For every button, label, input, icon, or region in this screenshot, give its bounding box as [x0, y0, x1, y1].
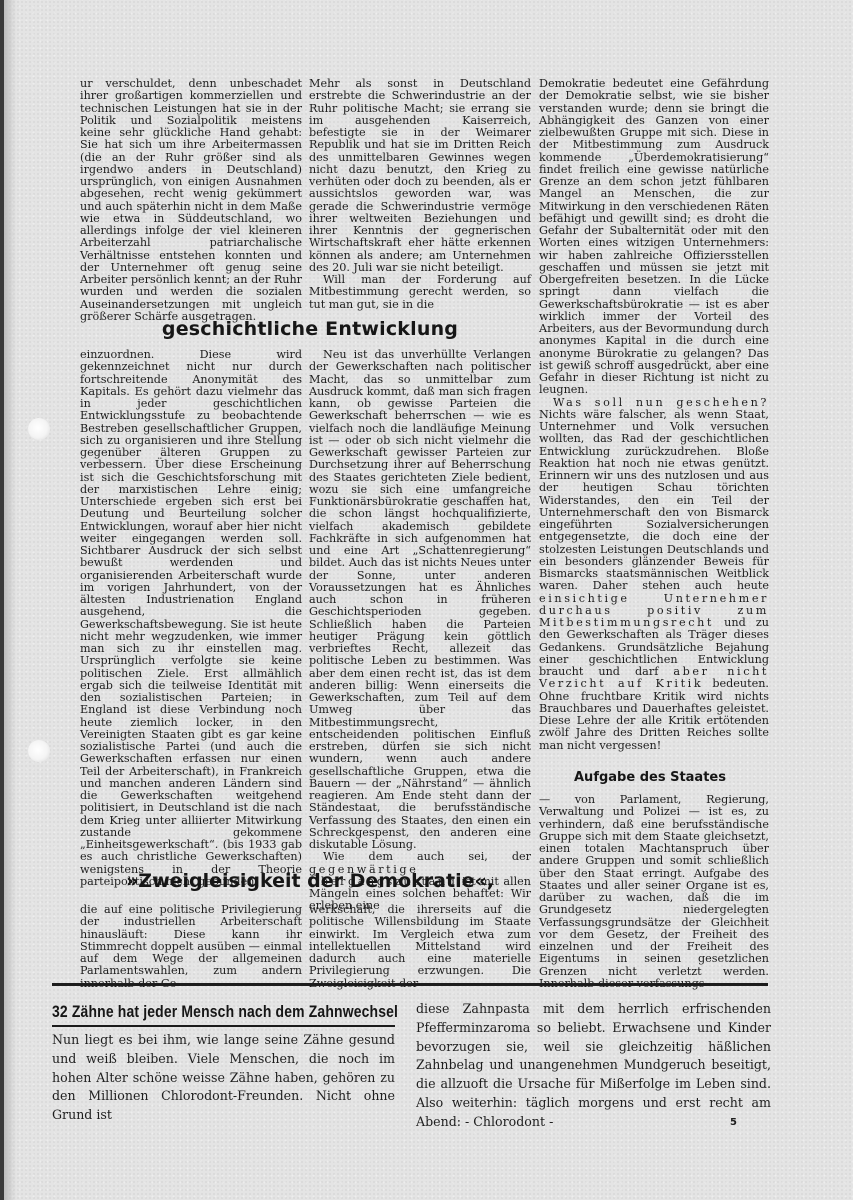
scan-left-shadow — [4, 0, 16, 1200]
section-heading-aufgabe-des-staates: Aufgabe des Staates — [530, 770, 770, 785]
page-number: 5 — [730, 1117, 737, 1128]
emphasized-text: Was soll nun geschehen? — [553, 396, 769, 409]
paragraph: — von Parlament, Regierung, Verwaltung u… — [539, 794, 769, 990]
paragraph: ur verschuldet, denn unbeschadet ihrer g… — [80, 78, 302, 323]
article-bottom-column-1: die auf eine politische Privilegierung d… — [80, 904, 302, 990]
scanned-page: ur verschuldet, denn unbeschadet ihrer g… — [0, 0, 853, 1200]
article-right-column: Demokratie bedeutet eine Gefährdung der … — [539, 78, 769, 752]
paragraph: Demokratie bedeutet eine Gefährdung der … — [539, 78, 769, 397]
advertisement-column-1: Nun liegt es bei ihm, wie lange seine Zä… — [52, 1031, 395, 1125]
separator-rule — [52, 983, 768, 986]
paragraph: werkschaft, die ihrerseits auf die polit… — [309, 904, 531, 990]
advertisement-column-2: diese Zahnpasta mit dem herrlich erfrisc… — [416, 1000, 771, 1132]
article-bottom-column-2: werkschaft, die ihrerseits auf die polit… — [309, 904, 531, 990]
paragraph: die auf eine politische Privilegierung d… — [80, 904, 302, 990]
article-right-column-continued: — von Parlament, Regierung, Verwaltung u… — [539, 794, 769, 990]
paragraph: einzuordnen. Diese wird gekennzeichnet n… — [80, 349, 302, 888]
paragraph: Mehr als sonst in Deutschland erstrebte … — [309, 78, 531, 274]
advertisement-title: 32 Zähne hat jeder Mensch nach dem Zahnw… — [52, 1002, 331, 1022]
advertisement-title-underline — [52, 1025, 395, 1027]
punch-hole-bottom — [28, 740, 50, 762]
article-top-column-1: ur verschuldet, denn unbeschadet ihrer g… — [80, 78, 302, 323]
article-middle-column-1: einzuordnen. Diese wird gekennzeichnet n… — [80, 349, 302, 888]
punch-hole-top — [28, 418, 50, 440]
paragraph: Will man der Forderung auf Mitbestimmung… — [309, 274, 531, 311]
article-top-column-2: Mehr als sonst in Deutschland erstrebte … — [309, 78, 531, 311]
section-heading-zweigleisigkeit: »Zweigleisigkeit der Demokratie«, — [80, 870, 540, 892]
paragraph: Neu ist das unverhüllte Verlangen der Ge… — [309, 349, 531, 851]
article-middle-column-2: Neu ist das unverhüllte Verlangen der Ge… — [309, 349, 531, 913]
section-heading-geschichtliche-entwicklung: geschichtliche Entwicklung — [80, 318, 540, 340]
paragraph: Was soll nun geschehen? Nichts wäre fals… — [539, 397, 769, 752]
